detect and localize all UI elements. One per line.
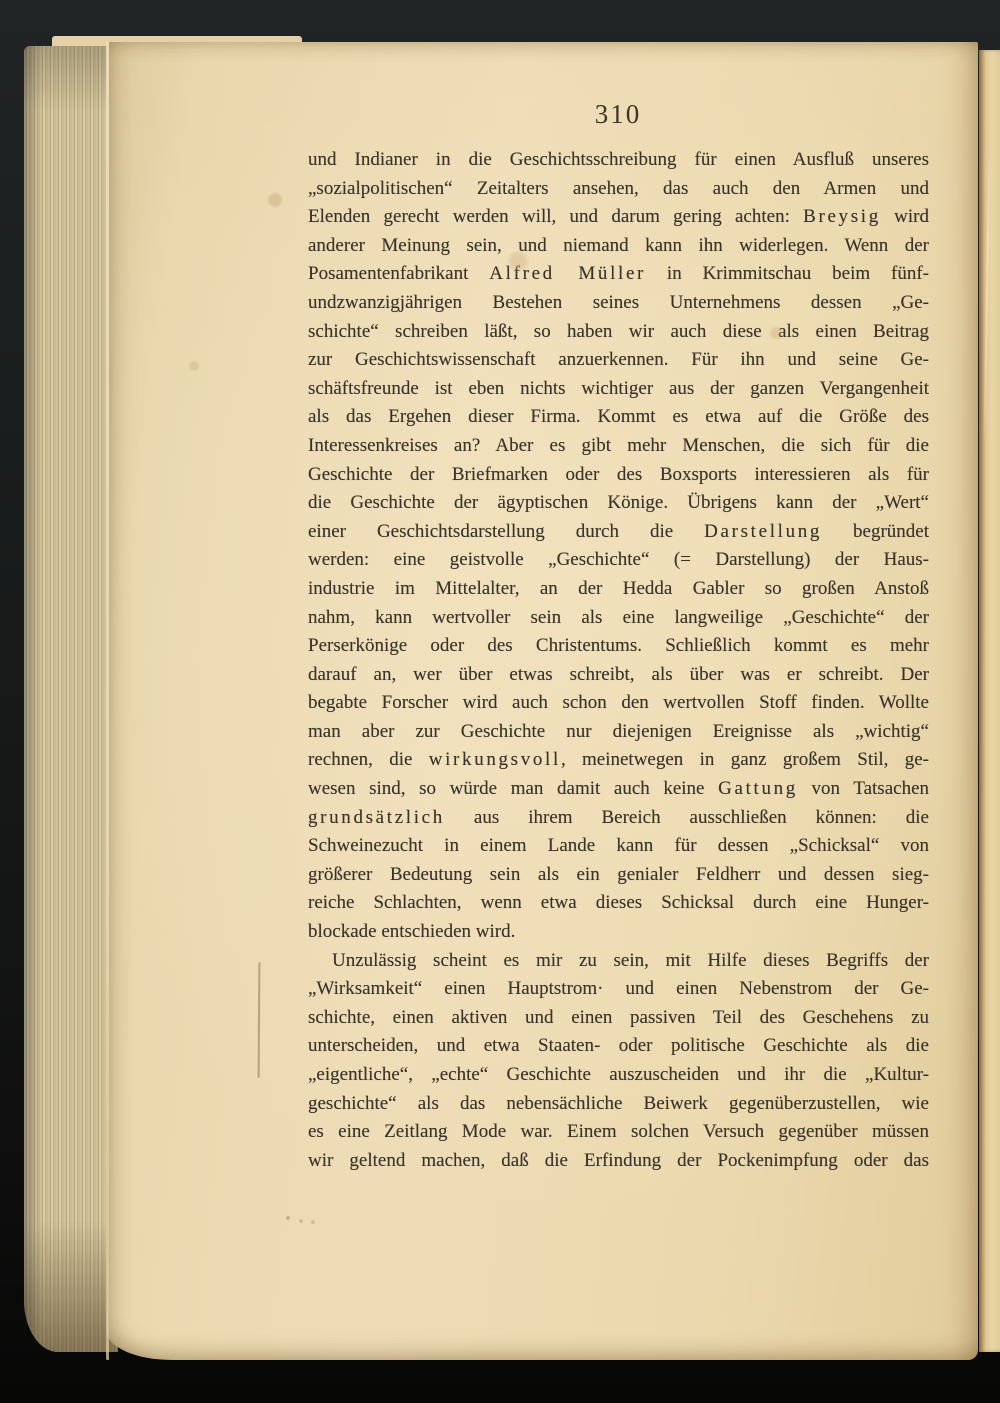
text-line: einer Geschichtsdarstellung durch die Da… (308, 518, 929, 547)
text-line: als das Ergehen dieser Firma. Kommt es e… (308, 403, 929, 432)
foxing-spot (768, 326, 784, 340)
foxing-spot (266, 192, 284, 208)
scanned-book-photo: 310 und Indianer in die Geschichtsschrei… (0, 0, 1000, 1403)
text-line: geschichte“ als das nebensächliche Beiwe… (308, 1090, 929, 1119)
book-gutter (979, 50, 1000, 1352)
text-block: und Indianer in die Geschichtsschreibung… (308, 146, 929, 1175)
text-line: blockade entschieden wird. (308, 918, 929, 947)
text-line: schichte“ schreiben läßt, so haben wir a… (308, 318, 929, 347)
text-line: die Geschichte der ägyptischen Könige. Ü… (308, 489, 929, 518)
stain-dots (286, 1216, 290, 1220)
text-line: zur Geschichtswissenschaft anzuerkennen.… (308, 346, 929, 375)
text-line: Posamentenfabrikant Alfred Müller in Kri… (308, 260, 929, 289)
text-line: Schweinezucht in einem Lande kann für de… (308, 832, 929, 861)
text-line: reiche Schlachten, wenn etwa dieses Schi… (308, 889, 929, 918)
text-line: werden: eine geistvolle „Geschichte“ (= … (308, 546, 929, 575)
text-line: grundsätzlich aus ihrem Bereich ausschli… (308, 804, 929, 833)
text-line: Geschichte der Briefmarken oder des Boxs… (308, 461, 929, 490)
text-line: industrie im Mittelalter, an der Hedda G… (308, 575, 929, 604)
text-line: schichte, einen aktiven und einen passiv… (308, 1004, 929, 1033)
text-line: darauf an, wer über etwas schreibt, als … (308, 661, 929, 690)
text-line: wesen sind, so würde man damit auch kein… (308, 775, 929, 804)
text-line: Unzulässig scheint es mir zu sein, mit H… (308, 947, 929, 976)
text-line: und Indianer in die Geschichtsschreibung… (308, 146, 929, 175)
text-line: Interessenkreises an? Aber es gibt mehr … (308, 432, 929, 461)
text-line: „eigentliche“, „echte“ Geschichte auszus… (308, 1061, 929, 1090)
text-line: man aber zur Geschichte nur diejenigen E… (308, 718, 929, 747)
foxing-spot (188, 360, 200, 372)
text-line: wir geltend machen, daß die Erfindung de… (308, 1147, 929, 1176)
text-line: „Wirksamkeit“ einen Hauptstrom· und eine… (308, 975, 929, 1004)
text-line: anderer Meinung sein, und niemand kann i… (308, 232, 929, 261)
text-line: Elenden gerecht werden will, und darum g… (308, 203, 929, 232)
text-line: schäftsfreunde ist eben nichts wichtiger… (308, 375, 929, 404)
text-line: „sozialpolitischen“ Zeitalters ansehen, … (308, 175, 929, 204)
page-number: 310 (308, 99, 928, 130)
text-line: größerer Bedeutung sein als ein genialer… (308, 861, 929, 890)
text-line: unterscheiden, und etwa Staaten- oder po… (308, 1032, 929, 1061)
text-line: rechnen, die wirkungsvoll, meinetwegen i… (308, 746, 929, 775)
text-line: es eine Zeitlang Mode war. Einem solchen… (308, 1118, 929, 1147)
text-line: nahm, kann wertvoller sein als eine lang… (308, 604, 929, 633)
text-line: Perserkönige oder des Christentums. Schl… (308, 632, 929, 661)
text-line: undzwanzigjährigen Bestehen seines Unter… (308, 289, 929, 318)
text-line: begabte Forscher wird auch schon den wer… (308, 689, 929, 718)
book-page-edges (24, 46, 118, 1352)
foxing-spot (506, 250, 530, 272)
